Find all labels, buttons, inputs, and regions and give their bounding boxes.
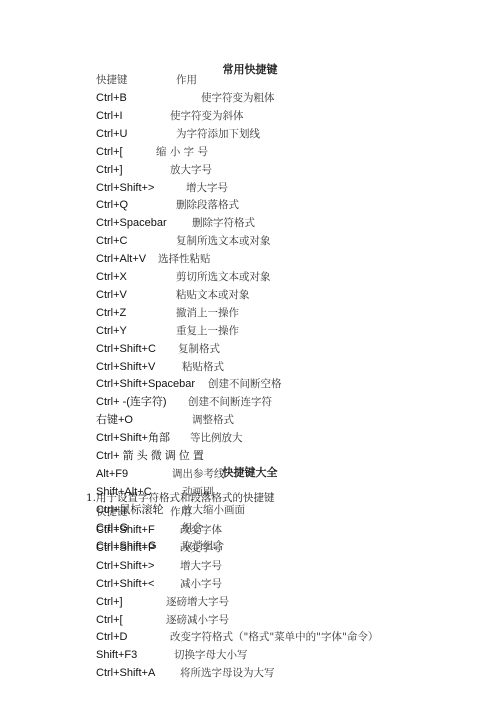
shortcut-key: Ctrl+Shift+C: [96, 341, 156, 357]
shortcut-action: 改变字体: [180, 522, 222, 538]
shortcut-action: 复制所选文本或对象: [176, 233, 271, 249]
shortcut-action: 调整格式: [192, 412, 234, 428]
shortcut-key: Ctrl+]: [96, 162, 123, 178]
shortcut-action: 创建不间断空格: [208, 376, 282, 392]
shortcut-key: Ctrl+D: [96, 629, 127, 645]
shortcut-key: Ctrl+Shift+A: [96, 665, 155, 681]
shortcut-action: 选择性粘贴: [158, 251, 211, 267]
header-key: 快捷键: [96, 72, 128, 88]
shortcut-key: Ctrl+Shift+角部: [96, 430, 170, 446]
shortcut-action: 改变字号: [180, 540, 222, 556]
header-action: 作用: [176, 72, 197, 88]
section1-title: 常用快捷键: [0, 61, 500, 77]
shortcut-key: Ctrl+U: [96, 126, 127, 142]
header-action: 作用: [170, 504, 191, 520]
shortcut-key: Ctrl+Q: [96, 197, 128, 213]
shortcut-action: 切换字母大小写: [174, 647, 248, 663]
shortcut-action: 缩 小 字 号: [156, 144, 208, 160]
shortcut-key: Ctrl+B: [96, 90, 127, 106]
shortcut-key: Shift+F3: [96, 647, 137, 663]
shortcut-key: Ctrl+Z: [96, 305, 126, 321]
shortcut-key: Ctrl+Y: [96, 323, 127, 339]
shortcut-key: Ctrl+ 箭 头 微 调 位 置: [96, 448, 204, 464]
shortcut-action: 将所选字母设为大写: [180, 665, 275, 681]
shortcut-action: 重复上一操作: [176, 323, 239, 339]
shortcut-action: 剪切所选文本或对象: [176, 269, 271, 285]
shortcut-action: 逐磅增大字号: [166, 594, 229, 610]
shortcut-action: 创建不间断连字符: [188, 394, 272, 410]
shortcut-key: Ctrl+[: [96, 612, 123, 628]
shortcut-key: Ctrl+Shift+P: [96, 540, 155, 556]
shortcut-action: 为字符添加下划线: [176, 126, 260, 142]
shortcut-key: Ctrl+X: [96, 269, 127, 285]
shortcut-action: 使字符变为斜体: [170, 108, 244, 124]
shortcut-action: 复制格式: [178, 341, 220, 357]
shortcut-key: Ctrl+C: [96, 233, 127, 249]
shortcut-action: 放大字号: [170, 162, 212, 178]
shortcut-action: 增大字号: [180, 558, 222, 574]
shortcut-key: Ctrl+Shift+>: [96, 558, 154, 574]
shortcut-key: Ctrl+Shift+V: [96, 359, 155, 375]
shortcut-action: 删除段落格式: [176, 197, 239, 213]
shortcut-key: Ctrl+Shift+<: [96, 576, 154, 592]
shortcut-action: 粘贴文本或对象: [176, 287, 250, 303]
shortcut-key: Ctrl+Shift+F: [96, 522, 155, 538]
shortcut-action: 逐磅减小字号: [166, 612, 229, 628]
shortcut-action: 等比例放大: [190, 430, 243, 446]
shortcut-key: Ctrl+]: [96, 594, 123, 610]
shortcut-action: 改变字符格式（"格式"菜单中的"字体"命令）: [170, 629, 378, 645]
shortcut-key: Ctrl+[: [96, 144, 123, 160]
shortcut-action: 粘贴格式: [182, 359, 224, 375]
shortcut-action: 减小字号: [180, 576, 222, 592]
shortcut-action: 使字符变为粗体: [201, 90, 275, 106]
shortcut-key: Ctrl+ -(连字符): [96, 394, 167, 410]
section2-title: 快捷键大全: [0, 464, 500, 480]
shortcut-key: Ctrl+I: [96, 108, 123, 124]
shortcut-key: Ctrl+Shift+Spacebar: [96, 376, 195, 392]
shortcut-key: Ctrl+V: [96, 287, 127, 303]
shortcut-action: 撤消上一操作: [176, 305, 239, 321]
header-key: 快捷键: [96, 504, 128, 520]
shortcut-key: Ctrl+Shift+>: [96, 180, 154, 196]
shortcut-key: Ctrl+Spacebar: [96, 215, 167, 231]
shortcut-key: Ctrl+Alt+V: [96, 251, 146, 267]
shortcut-action: 删除字符格式: [192, 215, 255, 231]
shortcut-action: 增大字号: [186, 180, 228, 196]
shortcut-key: 右键+O: [96, 412, 133, 428]
